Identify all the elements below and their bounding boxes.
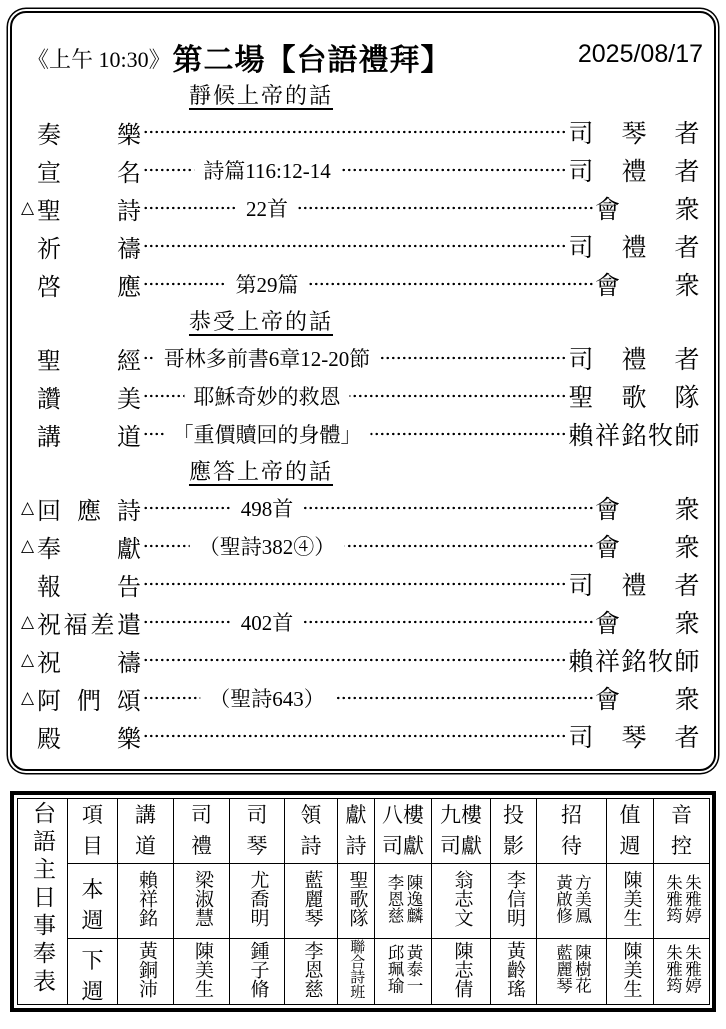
duty-cell: 尤喬明 [230, 864, 285, 939]
program-row: 聖經 司 禮 者 哥林多前書6章12-20節 [17, 339, 709, 377]
dotted-leader [143, 656, 566, 664]
item-name: 殿樂 [37, 719, 141, 754]
stand-mark: △ [21, 688, 37, 708]
duty-cell: 陳美生 [607, 864, 654, 939]
duty-col-header: 司 琴 [230, 799, 285, 864]
duty-cell: 朱雅婷 朱雅筠 [654, 864, 710, 939]
duty-row-this-week: 本週 賴祥銘 梁淑慧 尤喬明 藍麗琴 聖歌隊 陳逸麟 李恩慈 翁志文 李信明 方… [18, 864, 710, 939]
program-row: 讚美 聖 歌 隊 耶穌奇妙的救恩 [17, 377, 709, 415]
duty-col-header: 投 影 [491, 799, 537, 864]
program-row: △ 祝福差遣 會 衆 402首 [17, 603, 709, 641]
item-name: 祝福差遣 [37, 605, 141, 640]
dotted-leader [143, 128, 566, 136]
item-name: 阿們頌 [37, 681, 141, 716]
duty-col-header: 領 詩 [285, 799, 338, 864]
item-detail: 402首 [232, 607, 303, 637]
duty-cell: 陳志倩 [432, 939, 491, 1005]
page-title: 第二場【台語禮拜】 [173, 35, 452, 79]
item-performer: 會 衆 [595, 680, 701, 716]
program-row: 奏樂 司 琴 者 [17, 113, 709, 151]
item-name: 啓應 [37, 267, 141, 302]
duty-cell: 翁志文 [432, 864, 491, 939]
item-name: 聖詩 [37, 191, 141, 226]
item-name: 奏樂 [37, 115, 141, 150]
stand-mark: △ [21, 612, 37, 632]
row-label: 下週 [81, 944, 103, 1000]
duty-cell: 陳美生 [607, 939, 654, 1005]
duty-table: 台語主日事奉表 項 目 講 道 司 禮 司 琴 領 詩 獻 詩 八樓 司獻 九樓… [17, 798, 710, 1005]
item-name: 報告 [37, 567, 141, 602]
duty-cell: 藍麗琴 [285, 864, 338, 939]
row-label: 本週 [81, 873, 103, 929]
duty-cell: 梁淑慧 [174, 864, 230, 939]
program-row: △ 回應詩 會 衆 498首 [17, 489, 709, 527]
item-performer: 賴祥銘牧師 [568, 416, 701, 452]
item-performer: 司 禮 者 [568, 566, 701, 602]
item-detail: 耶穌奇妙的救恩 [185, 381, 350, 411]
item-name: 祈禱 [37, 229, 141, 264]
duty-col-header: 值 週 [607, 799, 654, 864]
program-row: 祈禱 司 禮 者 [17, 227, 709, 265]
item-performer: 會 衆 [595, 528, 701, 564]
dotted-leader [143, 618, 593, 626]
duty-cell: 黃銅沛 [118, 939, 174, 1005]
stand-mark: △ [21, 536, 37, 556]
item-detail: 哥林多前書6章12-20節 [155, 343, 380, 373]
program-row: △ 阿們頌 會 衆 （聖詩643） [17, 679, 709, 717]
item-performer: 會 衆 [595, 190, 701, 226]
duty-cell: 黃泰一 邱珮瑜 [375, 939, 432, 1005]
item-name: 讚美 [37, 379, 141, 414]
duty-cell: 賴祥銘 [118, 864, 174, 939]
dotted-leader [143, 204, 593, 212]
item-name: 聖經 [37, 341, 141, 376]
stand-mark: △ [21, 198, 37, 218]
duty-table-title: 台語主日事奉表 [31, 801, 54, 997]
section-title: 恭受上帝的話 [189, 307, 333, 337]
program-row: 啓應 會 衆 第29篇 [17, 265, 709, 303]
duty-col-header: 八樓 司獻 [375, 799, 432, 864]
item-detail: 第29篇 [227, 269, 308, 299]
bulletin-page: 《上午 10:30》 第二場【台語禮拜】 2025/08/17 靜候上帝的話 奏… [0, 11, 726, 1012]
dotted-leader [143, 280, 593, 288]
item-performer: 司 禮 者 [568, 152, 701, 188]
item-name: 奉獻 [37, 529, 141, 564]
program-row: △ 奉獻 會 衆 （聖詩382④） [17, 527, 709, 565]
item-performer: 司 禮 者 [568, 340, 701, 376]
duty-col-header: 音 控 [654, 799, 710, 864]
duty-table-frame: 台語主日事奉表 項 目 講 道 司 禮 司 琴 領 詩 獻 詩 八樓 司獻 九樓… [10, 791, 716, 1012]
program-row: 報告 司 禮 者 [17, 565, 709, 603]
stand-mark: △ [21, 498, 37, 518]
program-row: 殿樂 司 琴 者 [17, 717, 709, 755]
dotted-leader [143, 504, 593, 512]
service-date: 2025/08/17 [578, 40, 703, 69]
row-label-cell: 本週 [68, 864, 118, 939]
duty-col-header: 項 目 [68, 799, 118, 864]
duty-cell: 李信明 [491, 864, 537, 939]
item-name: 回應詩 [37, 491, 141, 526]
duty-col-header: 司 禮 [174, 799, 230, 864]
item-performer: 會 衆 [595, 490, 701, 526]
section-title: 靜候上帝的話 [189, 81, 333, 111]
duty-cell: 李恩慈 [285, 939, 338, 1005]
worship-program-box: 《上午 10:30》 第二場【台語禮拜】 2025/08/17 靜候上帝的話 奏… [10, 11, 716, 771]
service-time: 《上午 10:30》 [27, 43, 171, 74]
item-detail: 498首 [232, 493, 303, 523]
duty-cell: 聯合詩班 [338, 939, 375, 1005]
duty-col-header: 獻 詩 [338, 799, 375, 864]
item-name: 祝禱 [37, 643, 141, 678]
item-performer: 會 衆 [595, 266, 701, 302]
program-row: 講道 賴祥銘牧師 「重價贖回的身體」 [17, 415, 709, 453]
program-row: △ 祝禱 賴祥銘牧師 [17, 641, 709, 679]
row-label-cell: 下週 [68, 939, 118, 1005]
item-performer: 賴祥銘牧師 [568, 642, 701, 678]
duty-cell: 聖歌隊 [338, 864, 375, 939]
item-performer: 司 琴 者 [568, 718, 701, 754]
duty-col-header: 九樓 司獻 [432, 799, 491, 864]
section-title: 應答上帝的話 [189, 457, 333, 487]
duty-cell: 鍾子脩 [230, 939, 285, 1005]
duty-cell: 陳美生 [174, 939, 230, 1005]
duty-row-next-week: 下週 黃銅沛 陳美生 鍾子脩 李恩慈 聯合詩班 黃泰一 邱珮瑜 陳志倩 黃齡瑤 … [18, 939, 710, 1005]
duty-col-header: 講 道 [118, 799, 174, 864]
item-detail: （聖詩382④） [190, 531, 345, 561]
item-detail: 22首 [237, 193, 297, 223]
program-row: △ 聖詩 會 衆 22首 [17, 189, 709, 227]
dotted-leader [143, 580, 566, 588]
duty-cell: 方美鳳 黃啟修 [537, 864, 607, 939]
duty-table-title-cell: 台語主日事奉表 [18, 799, 68, 1005]
duty-cell: 黃齡瑤 [491, 939, 537, 1005]
stand-mark: △ [21, 650, 37, 670]
item-performer: 會 衆 [595, 604, 701, 640]
item-performer: 司 琴 者 [568, 114, 701, 150]
item-name: 講道 [37, 417, 141, 452]
program-row: 宣名 司 禮 者 詩篇116:12-14 [17, 151, 709, 189]
item-detail: 詩篇116:12-14 [194, 155, 340, 185]
duty-col-header: 招 待 [537, 799, 607, 864]
item-detail: 「重價贖回的身體」 [164, 419, 371, 449]
duty-cell: 陳逸麟 李恩慈 [375, 864, 432, 939]
item-detail: （聖詩643） [200, 683, 334, 713]
dotted-leader [143, 732, 566, 740]
item-performer: 聖 歌 隊 [568, 378, 701, 414]
duty-cell: 朱雅婷 朱雅筠 [654, 939, 710, 1005]
duty-cell: 陳樹花 藍麗琴 [537, 939, 607, 1005]
program-header: 《上午 10:30》 第二場【台語禮拜】 2025/08/17 [17, 35, 709, 77]
item-name: 宣名 [37, 153, 141, 188]
dotted-leader [143, 242, 566, 250]
item-performer: 司 禮 者 [568, 228, 701, 264]
